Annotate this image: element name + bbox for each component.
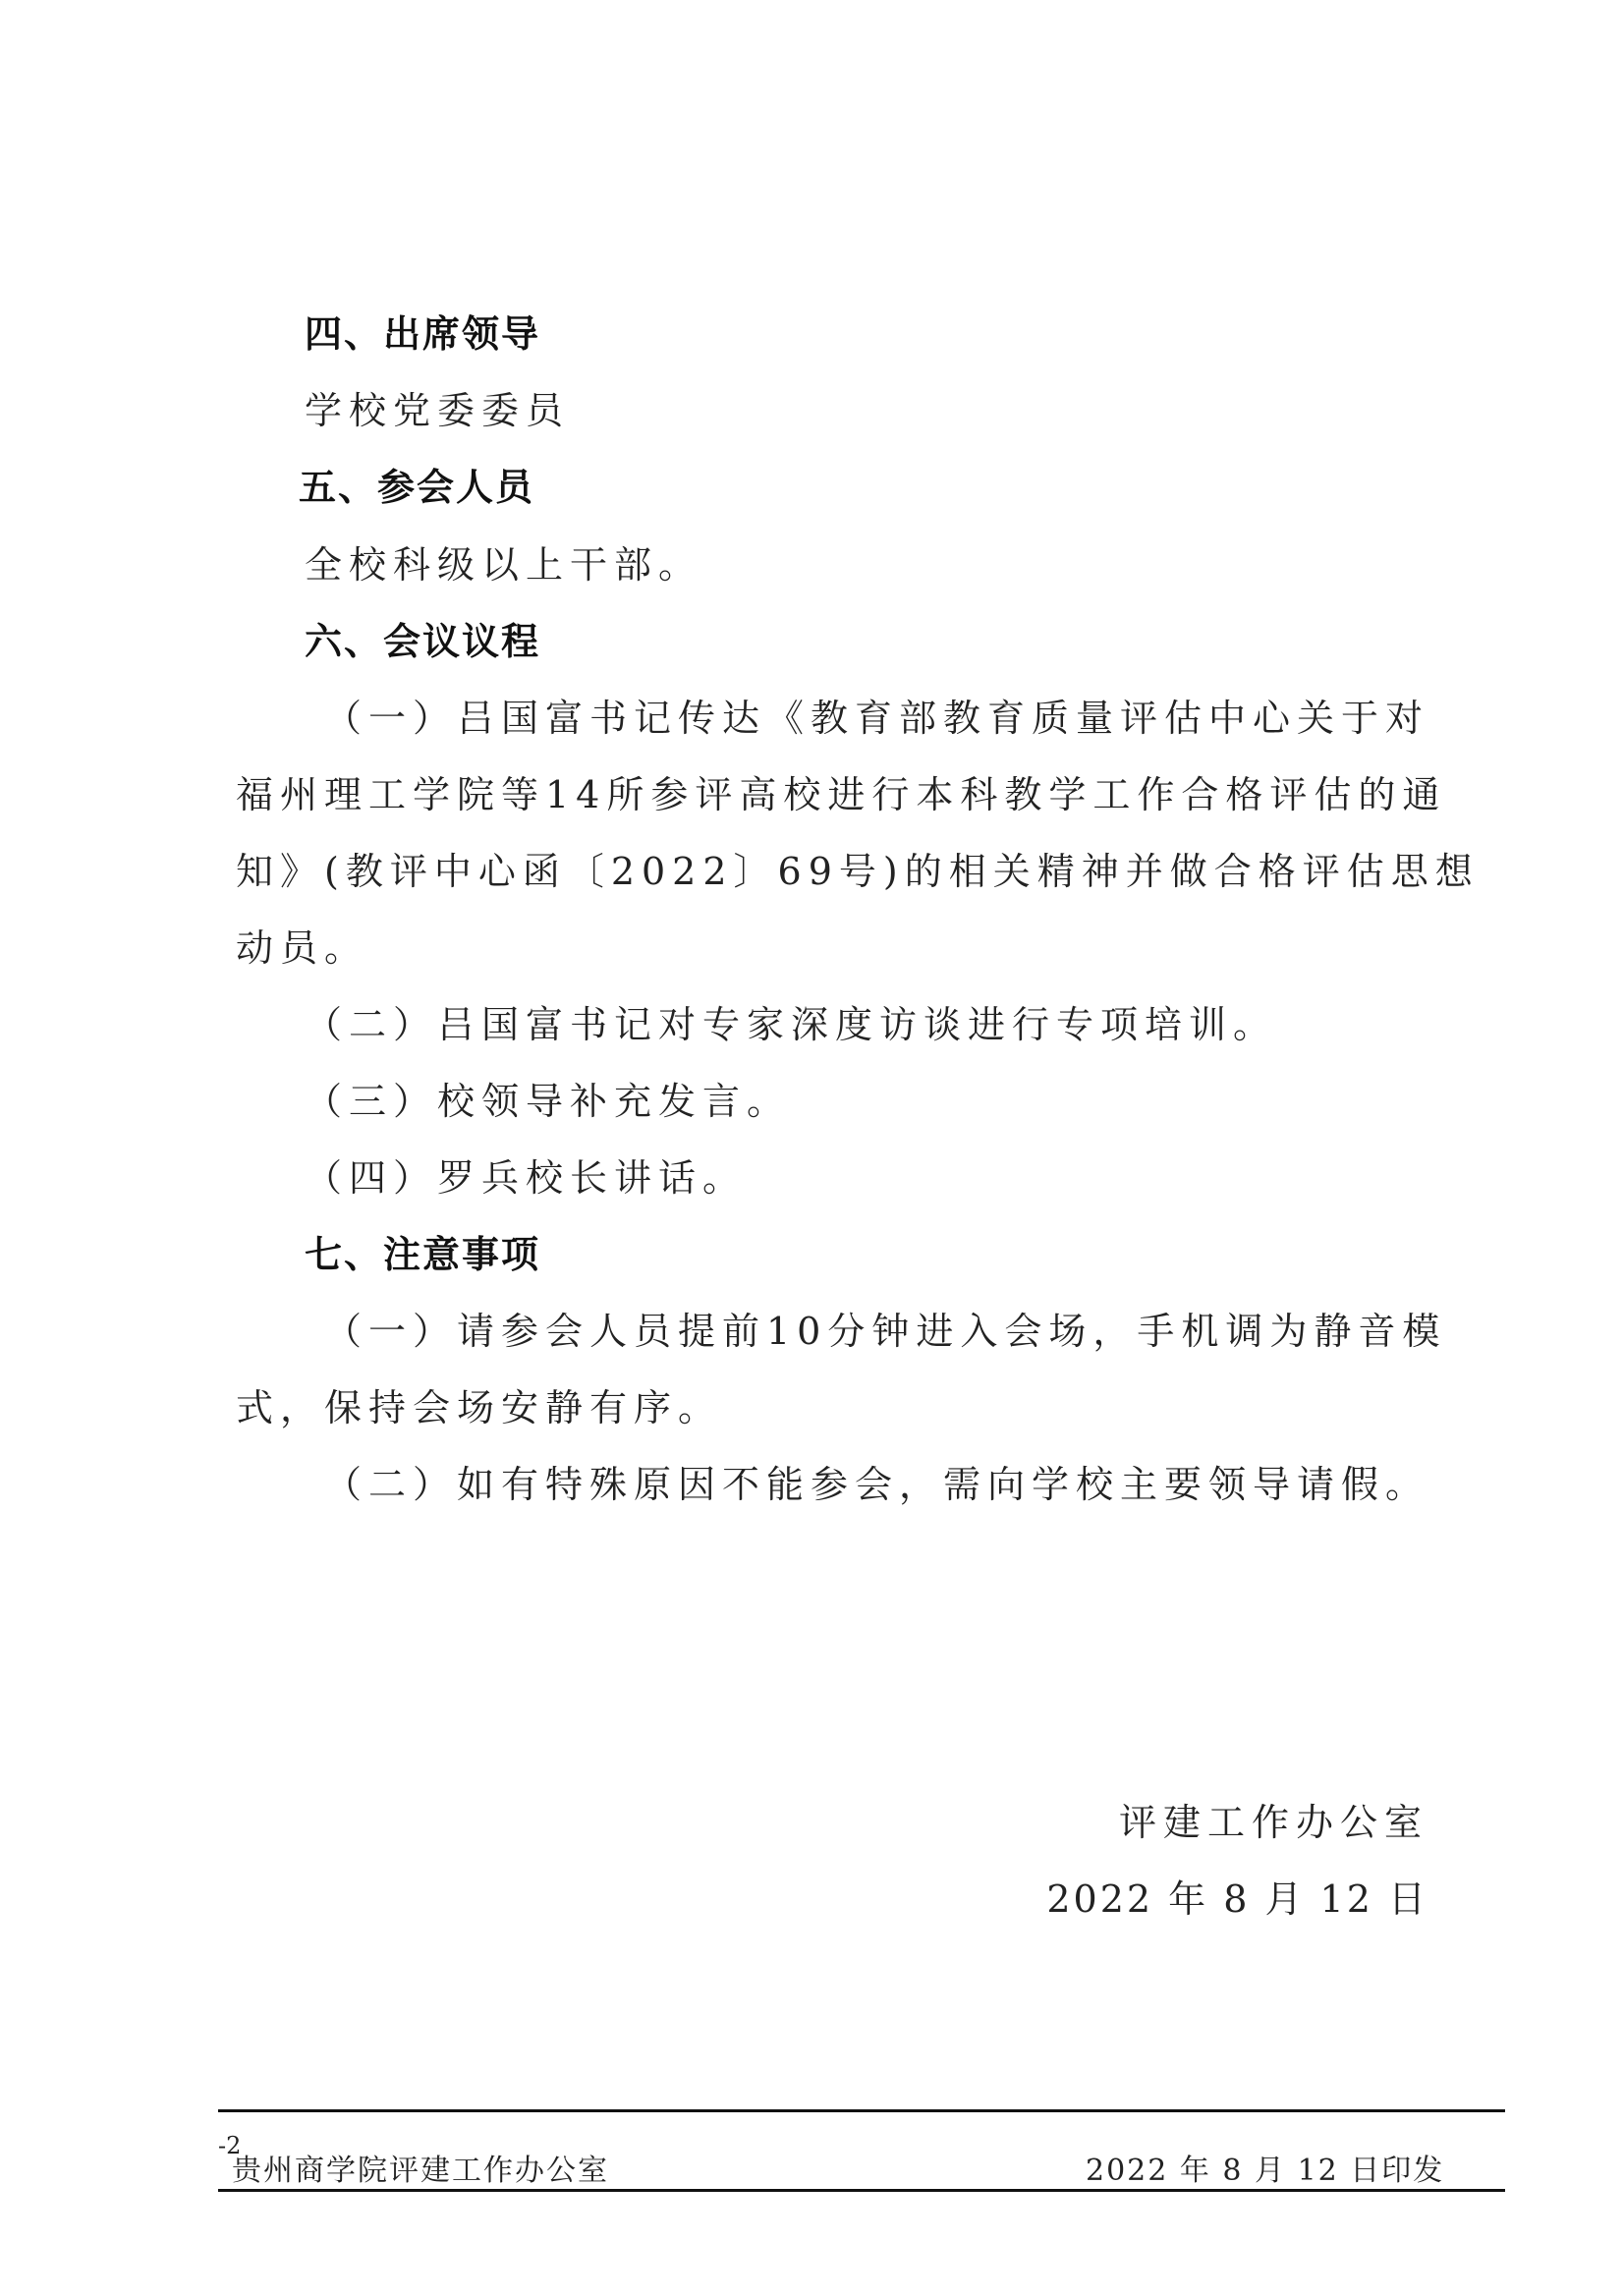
note-item-1-line-2: 式，保持会场安静有序。 xyxy=(236,1370,1429,1446)
note-item-1-line-1: （一）请参会人员提前10分钟进入会场，手机调为静音模 xyxy=(324,1293,1429,1370)
footer-issue-date: 2022 年 8 月 12 日印发 xyxy=(1086,2152,1444,2191)
section-heading-notes: 七、注意事项 xyxy=(305,1216,1498,1293)
document-page: 四、出席领导 学校党委委员 五、参会人员 全校科级以上干部。 六、会议议程 （一… xyxy=(0,0,1623,2296)
section-heading-agenda: 六、会议议程 xyxy=(305,603,1498,680)
section-heading-attending-leaders: 四、出席领导 xyxy=(305,296,1498,372)
agenda-item-3: （三）校领导补充发言。 xyxy=(305,1063,1498,1140)
footer-top-rule xyxy=(218,2109,1505,2112)
section-body-participants: 全校科级以上干部。 xyxy=(305,527,1498,603)
footer-issuer: 贵州商学院评建工作办公室 xyxy=(232,2152,609,2191)
section-heading-participants: 五、参会人员 xyxy=(299,449,1492,526)
signature-office: 评建工作办公室 xyxy=(1119,1784,1428,1861)
agenda-item-4: （四）罗兵校长讲话。 xyxy=(305,1140,1498,1216)
agenda-item-1-line-2: 福州理工学院等14所参评高校进行本科教学工作合格评估的通 xyxy=(236,756,1429,833)
agenda-item-1-line-1: （一）吕国富书记传达《教育部教育质量评估中心关于对 xyxy=(324,680,1420,756)
footer-bottom-rule xyxy=(218,2189,1505,2192)
section-body-attending-leaders: 学校党委委员 xyxy=(305,372,1498,449)
agenda-item-2: （二）吕国富书记对专家深度访谈进行专项培训。 xyxy=(305,986,1498,1063)
agenda-item-1-line-3: 知》(教评中心函〔2022〕69号)的相关精神并做合格评估思想 xyxy=(236,833,1429,910)
note-item-2: （二）如有特殊原因不能参会，需向学校主要领导请假。 xyxy=(324,1446,1518,1523)
signature-date: 2022 年 8 月 12 日 xyxy=(1046,1861,1428,1937)
agenda-item-1-line-4: 动员。 xyxy=(236,910,1429,986)
